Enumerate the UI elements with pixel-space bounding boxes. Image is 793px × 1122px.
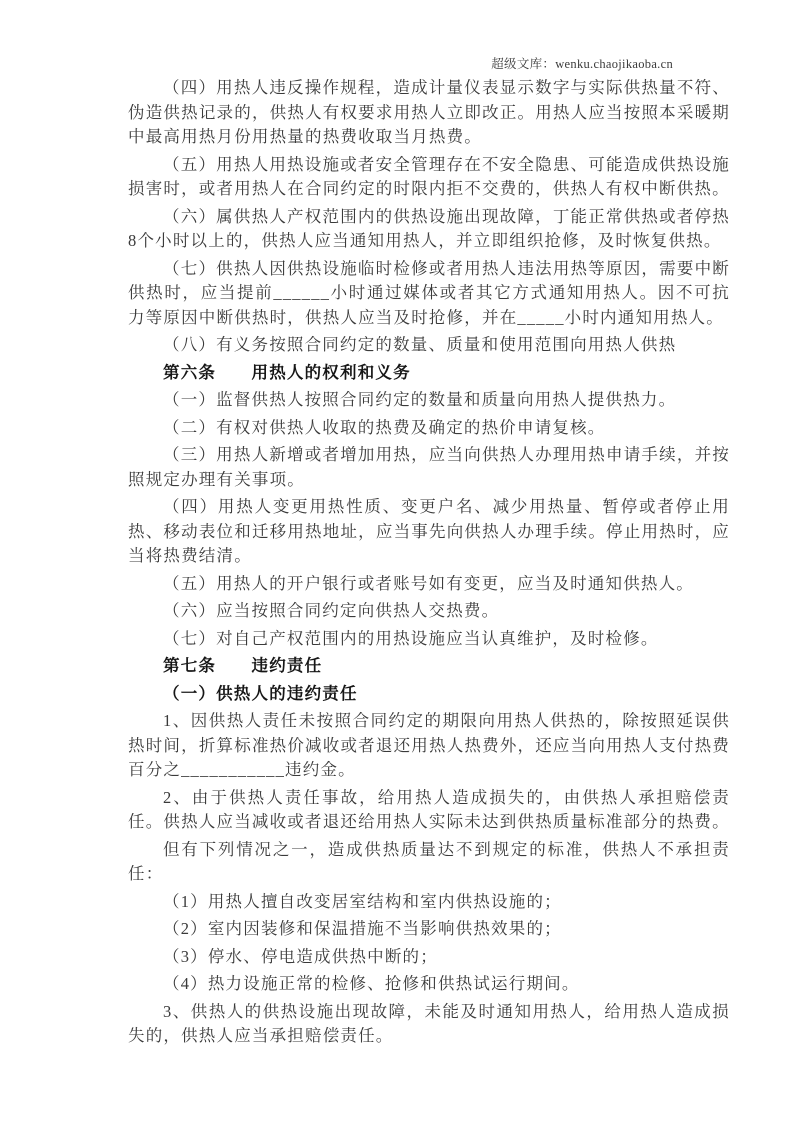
document-body: （四）用热人违反操作规程，造成计量仪表显示数字与实际供热量不符、伪造供热记录的，… xyxy=(128,76,730,1052)
paragraph: （1）用热人擅自改变居室结构和室内供热设施的； xyxy=(128,890,730,915)
paragraph: （七）对自己产权范围内的用热设施应当认真维护，及时检修。 xyxy=(128,627,730,652)
paragraph: （2）室内因装修和保温措施不当影响供热效果的； xyxy=(128,917,730,942)
paragraph: 2、由于供热人责任事故，给用热人造成损失的，由供热人承担赔偿责任。供热人应当减收… xyxy=(128,786,730,835)
section-heading: 第六条 用热人的权利和义务 xyxy=(128,361,730,386)
paragraph: （三）用热人新增或者增加用热，应当向供热人办理用热申请手续，并按照规定办理有关事… xyxy=(128,443,730,492)
watermark: 超级文库：wenku.chaojikaoba.cn xyxy=(491,54,673,72)
paragraph: （4）热力设施正常的检修、抢修和供热试运行期间。 xyxy=(128,972,730,997)
paragraph: （七）供热人因供热设施临时检修或者用热人违法用热等原因，需要中断供热时，应当提前… xyxy=(128,257,730,331)
section-heading: 第七条 违约责任 xyxy=(128,654,730,679)
paragraph: （3）停水、停电造成供热中断的； xyxy=(128,945,730,970)
paragraph: 3、供热人的供热设施出现故障，未能及时通知用热人，给用热人造成损失的，供热人应当… xyxy=(128,1000,730,1049)
paragraph: （四）用热人变更用热性质、变更户名、减少用热量、暂停或者停止用热、移动表位和迁移… xyxy=(128,495,730,569)
paragraph: （五）用热人的开户银行或者账号如有变更，应当及时通知供热人。 xyxy=(128,572,730,597)
paragraph: （四）用热人违反操作规程，造成计量仪表显示数字与实际供热量不符、伪造供热记录的，… xyxy=(128,76,730,150)
paragraph: （一）监督供热人按照合同约定的数量和质量向用热人提供热力。 xyxy=(128,388,730,413)
paragraph: （二）有权对供热人收取的热费及确定的热价申请复核。 xyxy=(128,416,730,441)
paragraph: （八）有义务按照合同约定的数量、质量和使用范围向用热人供热 xyxy=(128,333,730,358)
paragraph: （五）用热人用热设施或者安全管理存在不安全隐患、可能造成供热设施损害时，或者用热… xyxy=(128,153,730,202)
paragraph: 1、因供热人责任未按照合同约定的期限向用热人供热的，除按照延误供热时间，折算标准… xyxy=(128,709,730,783)
paragraph: 但有下列情况之一，造成供热质量达不到规定的标准，供热人不承担责任： xyxy=(128,838,730,887)
section-heading: （一）供热人的违约责任 xyxy=(128,682,730,707)
document-page: 超级文库：wenku.chaojikaoba.cn （四）用热人违反操作规程，造… xyxy=(0,0,793,1122)
paragraph: （六）应当按照合同约定向供热人交热费。 xyxy=(128,599,730,624)
paragraph: （六）属供热人产权范围内的供热设施出现故障，丁能正常供热或者停热8个小时以上的，… xyxy=(128,205,730,254)
